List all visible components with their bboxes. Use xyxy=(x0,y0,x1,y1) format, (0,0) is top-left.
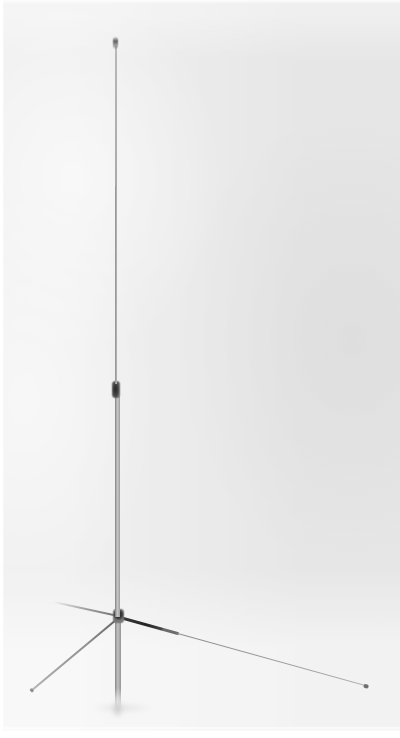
radial-back-left xyxy=(53,601,118,617)
whip-tip xyxy=(113,37,118,49)
radial-right-tip xyxy=(363,683,369,689)
photo-left-border xyxy=(0,0,4,738)
whip-lower-section xyxy=(115,184,118,384)
antenna-product-photo xyxy=(0,0,400,738)
lower-mast-section xyxy=(115,396,120,617)
radial-right-matching-sleeve xyxy=(120,616,165,632)
radial-right-rod xyxy=(177,632,365,686)
radial-front-left-tip xyxy=(29,688,34,693)
photo-bottom-border xyxy=(0,729,400,738)
support-mast xyxy=(115,621,121,707)
radial-front-left xyxy=(31,617,119,691)
whip-upper-section xyxy=(115,46,117,186)
radial-right xyxy=(119,615,370,689)
photo-top-border xyxy=(0,0,400,4)
